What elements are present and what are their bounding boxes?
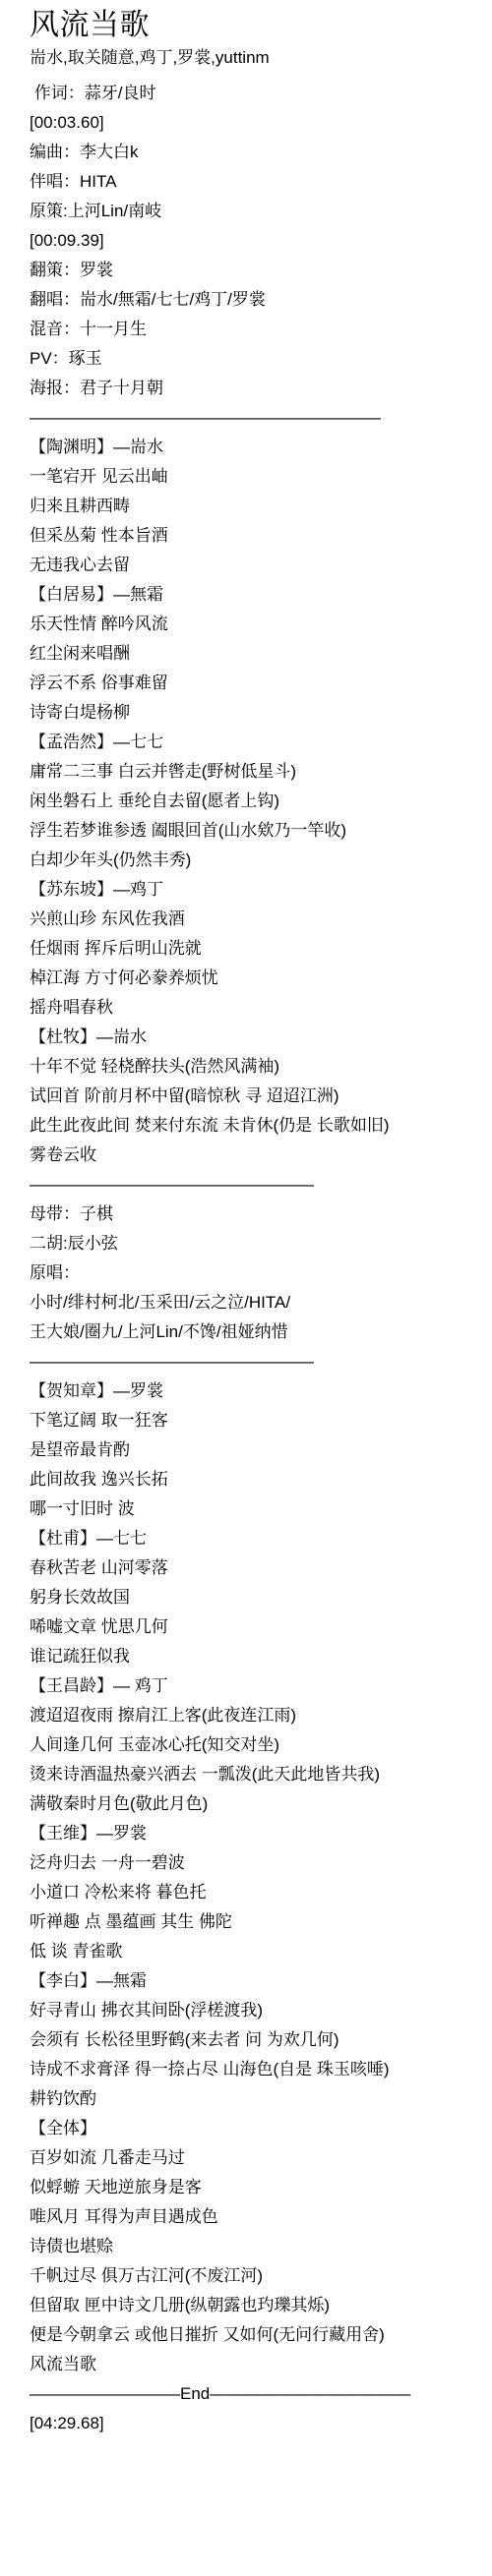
lyric-line: 浮云不系 俗事难留 <box>30 669 482 698</box>
lyric-line: 唏嘘文章 忧思几何 <box>30 1612 482 1642</box>
lyric-line: 小道口 冷松来将 暮色托 <box>30 1878 482 1907</box>
lyric-line: 闲坐磐石上 垂纶自去留(愿者上钩) <box>30 787 482 816</box>
lyric-line: 伴唱：HITA <box>30 167 482 197</box>
lyric-line: 诗寄白堤杨柳 <box>30 698 482 728</box>
lyric-line: 红尘闲来唱酬 <box>30 639 482 669</box>
lyric-line: 任烟雨 挥斥后明山洗就 <box>30 934 482 964</box>
lyric-line: 千帆过尽 俱万古江河(不废江河) <box>30 2261 482 2291</box>
section-heading: 【王维】—罗裳 <box>30 1819 482 1848</box>
lyric-line: 白却少年头(仍然丰秀) <box>30 846 482 875</box>
lyric-line: 诗债也堪赊 <box>30 2232 482 2261</box>
lyric-line: 烫来诗酒温热豪兴洒去 一瓢泼(此天此地皆共我) <box>30 1760 482 1789</box>
lyric-line: 诗成不求膏泽 得一捺占尽 山海色(自是 珠玉咳唾) <box>30 2055 482 2084</box>
section-heading: 【王昌龄】— 鸡丁 <box>30 1671 482 1701</box>
lyric-line: 原策:上河Lin/南岐 <box>30 197 482 226</box>
section-heading: 【苏东坡】—鸡丁 <box>30 875 482 905</box>
lyric-line: [00:03.60] <box>30 108 482 138</box>
lyric-line: 兴煎山珍 东风佐我酒 <box>30 905 482 934</box>
song-title: 风流当歌 <box>30 6 482 45</box>
lyric-line: 谁记疏狂似我 <box>30 1642 482 1671</box>
section-heading: 【全体】 <box>30 2114 482 2143</box>
lyric-line: 满敬秦时月色(敬此月色) <box>30 1789 482 1819</box>
lyric-line: 似蜉蝣 天地逆旅身是客 <box>30 2173 482 2202</box>
lyric-line: 会须有 长松径里野鹤(来去者 问 为欢几何) <box>30 2025 482 2055</box>
lyric-line: 一笔宕开 见云出岫 <box>30 462 482 492</box>
lyric-line: 十年不觉 轻桡醉扶头(浩然风满袖) <box>30 1052 482 1082</box>
divider-line: ————————————————————— <box>30 403 482 433</box>
lyric-line: 二胡:辰小弦 <box>30 1229 482 1259</box>
lyric-line: 便是今朝拿云 或他日摧折 又如何(无问行藏用舍) <box>30 2320 482 2350</box>
lyric-line: 听禅趣 点 墨蕴画 其生 佛陀 <box>30 1907 482 1937</box>
lyric-line: 是望帝最肯酌 <box>30 1435 482 1465</box>
lyric-line: 摇舟唱春秋 <box>30 993 482 1023</box>
lyric-line: 原唱： <box>30 1259 482 1288</box>
lyric-line: 此生此夜此间 焚来付东流 未肯休(仍是 长歌如旧) <box>30 1111 482 1141</box>
section-heading: 【贺知章】—罗裳 <box>30 1376 482 1406</box>
lyric-line: 编曲：李大白k <box>30 138 482 167</box>
lyric-line: 小时/绯村柯北/玉采田/云之泣/HITA/ <box>30 1288 482 1317</box>
divider-line: ————————————————— <box>30 1347 482 1376</box>
lyric-line: 雾卷云收 <box>30 1141 482 1170</box>
lyric-line: 棹江海 方寸何必豢养烦忧 <box>30 964 482 993</box>
lyric-line: 但留取 匣中诗文几册(纵朝露也玓瓅其烁) <box>30 2291 482 2320</box>
lyric-line: 混音：十一月生 <box>30 315 482 344</box>
lyric-line: 王大娘/圈九/上河Lin/不馋/祖娅纳惜 <box>30 1317 482 1347</box>
lyric-line: 百岁如流 几番走马过 <box>30 2143 482 2173</box>
lyric-line: 低 谈 青雀歌 <box>30 1937 482 1966</box>
lyric-line: 风流当歌 <box>30 2350 482 2379</box>
section-heading: 【白居易】—無霜 <box>30 580 482 610</box>
divider-line: ————————————————— <box>30 1170 482 1200</box>
lyric-line: [04:29.68] <box>30 2409 482 2438</box>
lyric-line: 唯风月 耳得为声目遇成色 <box>30 2202 482 2232</box>
section-heading: 【陶渊明】—耑水 <box>30 433 482 462</box>
lyric-line: 作词：蒜牙/良时 <box>30 79 482 108</box>
lyric-line: PV：琢玉 <box>30 344 482 374</box>
lyric-line: 翻唱：耑水/無霜/七七/鸡丁/罗裳 <box>30 285 482 315</box>
lyric-line: 母带：子棋 <box>30 1200 482 1229</box>
lyric-line: 试回首 阶前月杯中留(暗惊秋 寻 迢迢江洲) <box>30 1082 482 1111</box>
section-heading: 【杜甫】—七七 <box>30 1524 482 1553</box>
lyric-line: 无违我心去留 <box>30 551 482 580</box>
lyric-line: 翻策：罗裳 <box>30 256 482 285</box>
lyric-line: 春秋苦老 山河零落 <box>30 1553 482 1583</box>
lyrics-page: 风流当歌 耑水,取关随意,鸡丁,罗裳,yuttinm 作词：蒜牙/良时[00:0… <box>0 0 492 2438</box>
lyric-line: 躬身长效故国 <box>30 1583 482 1612</box>
song-artists: 耑水,取关随意,鸡丁,罗裳,yuttinm <box>30 45 482 71</box>
lyric-line: [00:09.39] <box>30 226 482 256</box>
lyric-line: 耕钓饮酌 <box>30 2084 482 2114</box>
section-heading: 【孟浩然】—七七 <box>30 728 482 757</box>
lyric-line: 人间逢几何 玉壶冰心托(知交对坐) <box>30 1730 482 1760</box>
lyric-line: 下笔辽阔 取一狂客 <box>30 1406 482 1435</box>
divider-line: —————————End———————————— <box>30 2379 482 2409</box>
lyric-line: 哪一寸旧时 波 <box>30 1494 482 1524</box>
section-heading: 【杜牧】—耑水 <box>30 1023 482 1052</box>
lyric-line: 此间故我 逸兴长拓 <box>30 1465 482 1494</box>
lyric-line: 海报：君子十月朝 <box>30 374 482 403</box>
lyric-line: 好寻青山 拂衣其间卧(浮槎渡我) <box>30 1996 482 2025</box>
lyric-line: 但采丛菊 性本旨酒 <box>30 521 482 551</box>
lyric-line: 浮生若梦谁参透 阖眼回首(山水欸乃一竿收) <box>30 816 482 846</box>
lyric-line: 泛舟归去 一舟一碧波 <box>30 1848 482 1878</box>
lyric-line: 庸常二三事 白云并辔走(野树低星斗) <box>30 757 482 787</box>
lyric-line: 归来且耕西畴 <box>30 492 482 521</box>
section-heading: 【李白】—無霜 <box>30 1966 482 1996</box>
lyrics-body: 作词：蒜牙/良时[00:03.60]编曲：李大白k伴唱：HITA原策:上河Lin… <box>30 79 482 2438</box>
lyric-line: 渡迢迢夜雨 擦肩江上客(此夜连江雨) <box>30 1701 482 1730</box>
lyric-line: 乐天性情 醉吟风流 <box>30 610 482 639</box>
